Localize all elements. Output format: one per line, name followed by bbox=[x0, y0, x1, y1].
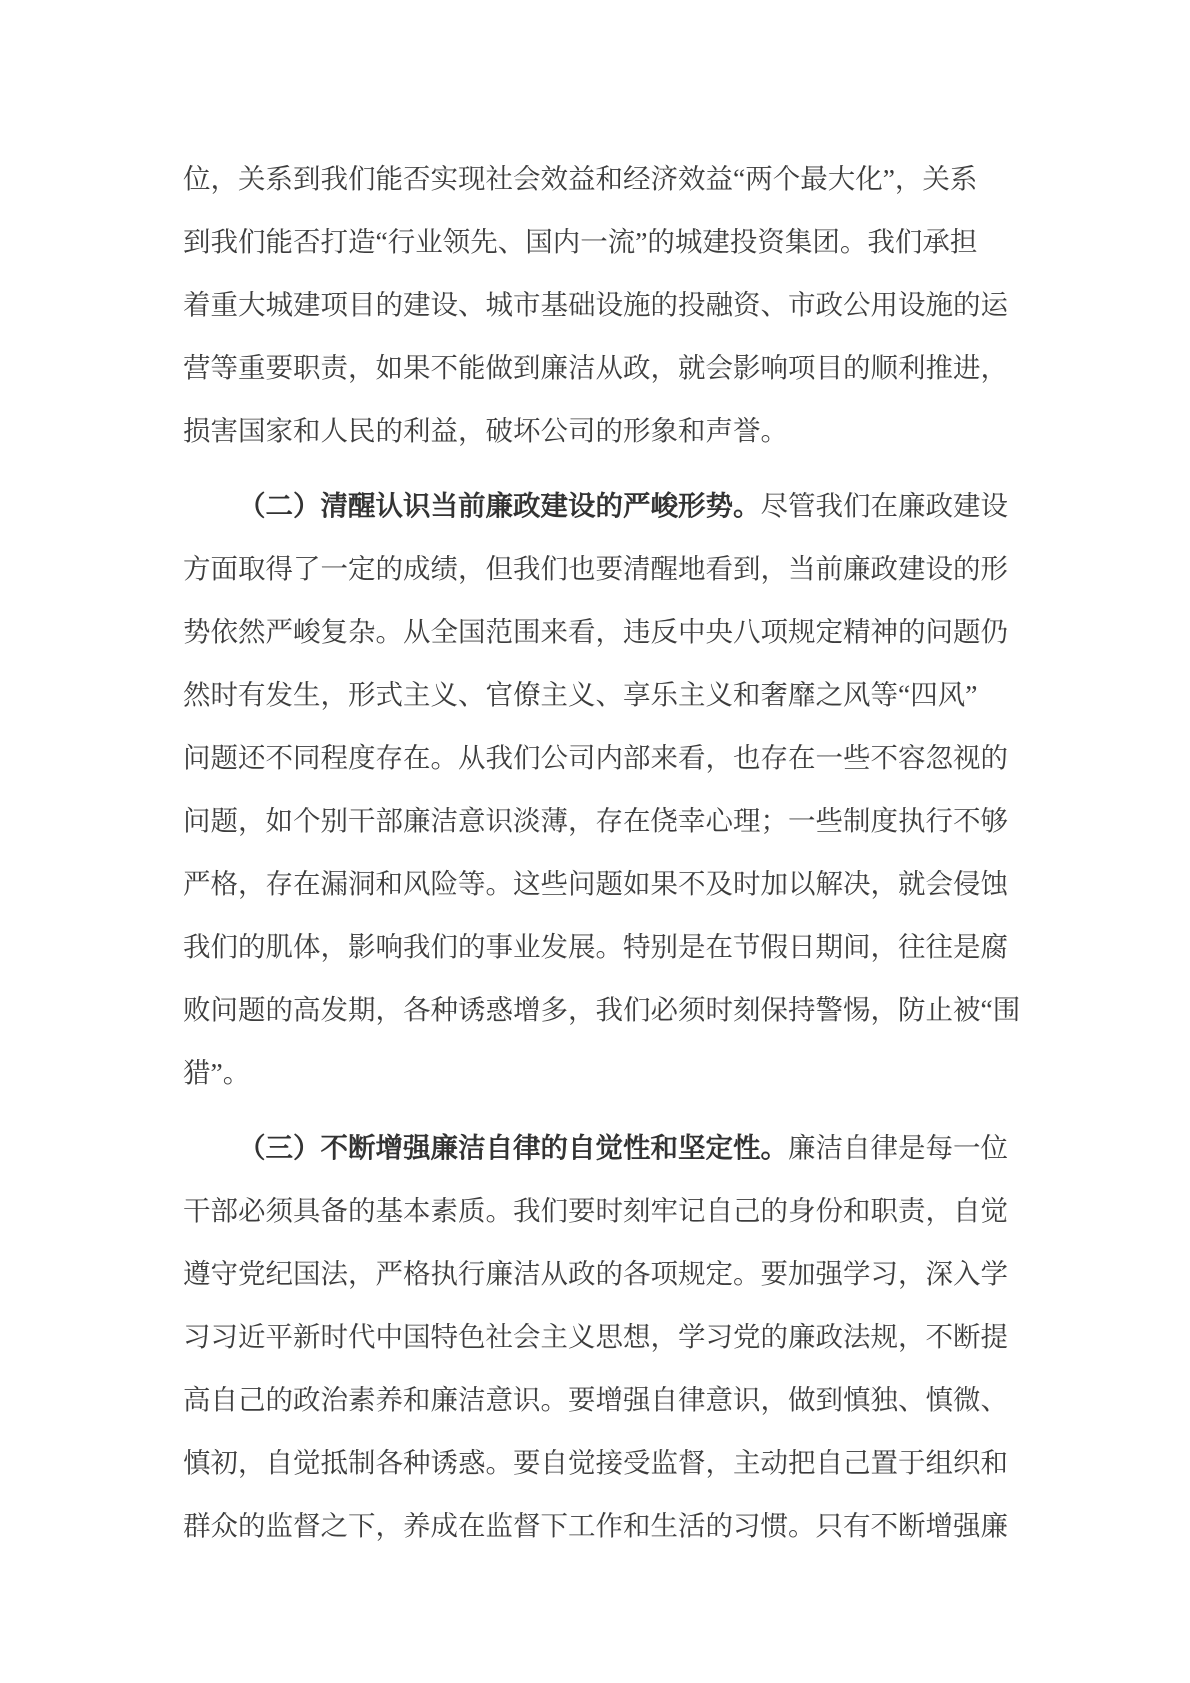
body-text: 方面取得了一定的成绩，但我们也要清醒地看到，当前廉政建设的形 bbox=[183, 553, 1008, 584]
section-heading-text: （三）不断增强廉洁自律的自觉性和坚定性。 bbox=[238, 1132, 788, 1163]
text-line: 问题，如个别干部廉洁意识淡薄，存在侥幸心理；一些制度执行不够 bbox=[183, 789, 1013, 852]
text-line: 习习近平新时代中国特色社会主义思想，学习党的廉政法规，不断提 bbox=[183, 1305, 1013, 1368]
paragraph-2: （二）清醒认识当前廉政建设的严峻形势。尽管我们在廉政建设方面取得了一定的成绩，但… bbox=[183, 474, 1013, 1104]
text-line: 群众的监督之下，养成在监督下工作和生活的习惯。只有不断增强廉 bbox=[183, 1494, 1013, 1557]
text-line: 方面取得了一定的成绩，但我们也要清醒地看到，当前廉政建设的形 bbox=[183, 537, 1013, 600]
body-text: 问题还不同程度存在。从我们公司内部来看，也存在一些不容忽视的 bbox=[183, 742, 1008, 773]
text-line: 然时有发生，形式主义、官僚主义、享乐主义和奢靡之风等“四风” bbox=[183, 663, 1013, 726]
body-text: 廉洁自律是每一位 bbox=[788, 1132, 1008, 1163]
text-line: 位，关系到我们能否实现社会效益和经济效益“两个最大化”，关系 bbox=[183, 147, 1013, 210]
text-line: （二）清醒认识当前廉政建设的严峻形势。尽管我们在廉政建设 bbox=[183, 474, 1013, 537]
body-text: 败问题的高发期，各种诱惑增多，我们必须时刻保持警惕，防止被“围 bbox=[183, 994, 1020, 1025]
text-line: 败问题的高发期，各种诱惑增多，我们必须时刻保持警惕，防止被“围 bbox=[183, 978, 1013, 1041]
body-text: 位，关系到我们能否实现社会效益和经济效益“两个最大化”，关系 bbox=[183, 163, 977, 194]
body-text: 慎初，自觉抵制各种诱惑。要自觉接受监督，主动把自己置于组织和 bbox=[183, 1447, 1008, 1478]
text-line: 遵守党纪国法，严格执行廉洁从政的各项规定。要加强学习，深入学 bbox=[183, 1242, 1013, 1305]
section-heading-text: （二）清醒认识当前廉政建设的严峻形势。 bbox=[238, 490, 761, 521]
text-line: 到我们能否打造“行业领先、国内一流”的城建投资集团。我们承担 bbox=[183, 210, 1013, 273]
body-text: 习习近平新时代中国特色社会主义思想，学习党的廉政法规，不断提 bbox=[183, 1321, 1008, 1352]
text-line: 干部必须具备的基本素质。我们要时刻牢记自己的身份和职责，自觉 bbox=[183, 1179, 1013, 1242]
body-text: 损害国家和人民的利益，破坏公司的形象和声誉。 bbox=[183, 415, 788, 446]
body-text: 干部必须具备的基本素质。我们要时刻牢记自己的身份和职责，自觉 bbox=[183, 1195, 1008, 1226]
body-text: 到我们能否打造“行业领先、国内一流”的城建投资集团。我们承担 bbox=[183, 226, 977, 257]
body-text: 遵守党纪国法，严格执行廉洁从政的各项规定。要加强学习，深入学 bbox=[183, 1258, 1008, 1289]
body-text: 严格，存在漏洞和风险等。这些问题如果不及时加以解决，就会侵蚀 bbox=[183, 868, 1008, 899]
body-text: 着重大城建项目的建设、城市基础设施的投融资、市政公用设施的运 bbox=[183, 289, 1008, 320]
body-text: 高自己的政治素养和廉洁意识。要增强自律意识，做到慎独、慎微、 bbox=[183, 1384, 1008, 1415]
body-text: 猎”。 bbox=[183, 1057, 250, 1088]
document-body: 位，关系到我们能否实现社会效益和经济效益“两个最大化”，关系到我们能否打造“行业… bbox=[183, 147, 1013, 1557]
body-text: 尽管我们在廉政建设 bbox=[761, 490, 1009, 521]
paragraph-1: 位，关系到我们能否实现社会效益和经济效益“两个最大化”，关系到我们能否打造“行业… bbox=[183, 147, 1013, 462]
paragraph-3: （三）不断增强廉洁自律的自觉性和坚定性。廉洁自律是每一位干部必须具备的基本素质。… bbox=[183, 1116, 1013, 1557]
text-line: 猎”。 bbox=[183, 1041, 1013, 1104]
text-line: 问题还不同程度存在。从我们公司内部来看，也存在一些不容忽视的 bbox=[183, 726, 1013, 789]
text-line: 损害国家和人民的利益，破坏公司的形象和声誉。 bbox=[183, 399, 1013, 462]
body-text: 势依然严峻复杂。从全国范围来看，违反中央八项规定精神的问题仍 bbox=[183, 616, 1008, 647]
text-line: 慎初，自觉抵制各种诱惑。要自觉接受监督，主动把自己置于组织和 bbox=[183, 1431, 1013, 1494]
text-line: 高自己的政治素养和廉洁意识。要增强自律意识，做到慎独、慎微、 bbox=[183, 1368, 1013, 1431]
text-line: 严格，存在漏洞和风险等。这些问题如果不及时加以解决，就会侵蚀 bbox=[183, 852, 1013, 915]
body-text: 营等重要职责，如果不能做到廉洁从政，就会影响项目的顺利推进， bbox=[183, 352, 1008, 383]
text-line: 我们的肌体，影响我们的事业发展。特别是在节假日期间，往往是腐 bbox=[183, 915, 1013, 978]
text-line: 势依然严峻复杂。从全国范围来看，违反中央八项规定精神的问题仍 bbox=[183, 600, 1013, 663]
text-line: 营等重要职责，如果不能做到廉洁从政，就会影响项目的顺利推进， bbox=[183, 336, 1013, 399]
document-page: 位，关系到我们能否实现社会效益和经济效益“两个最大化”，关系到我们能否打造“行业… bbox=[0, 0, 1190, 1683]
body-text: 然时有发生，形式主义、官僚主义、享乐主义和奢靡之风等“四风” bbox=[183, 679, 977, 710]
body-text: 问题，如个别干部廉洁意识淡薄，存在侥幸心理；一些制度执行不够 bbox=[183, 805, 1008, 836]
text-line: 着重大城建项目的建设、城市基础设施的投融资、市政公用设施的运 bbox=[183, 273, 1013, 336]
text-line: （三）不断增强廉洁自律的自觉性和坚定性。廉洁自律是每一位 bbox=[183, 1116, 1013, 1179]
body-text: 我们的肌体，影响我们的事业发展。特别是在节假日期间，往往是腐 bbox=[183, 931, 1008, 962]
body-text: 群众的监督之下，养成在监督下工作和生活的习惯。只有不断增强廉 bbox=[183, 1510, 1008, 1541]
